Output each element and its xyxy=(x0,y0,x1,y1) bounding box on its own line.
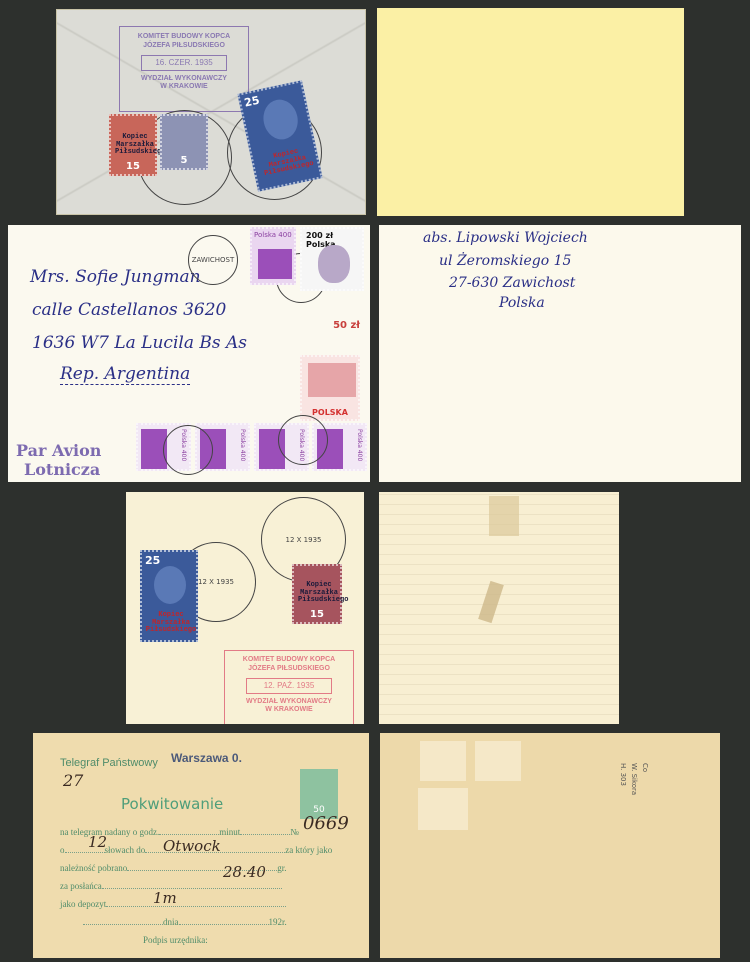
zawichost-postmark xyxy=(278,415,328,465)
stamp-5gr: 5 xyxy=(160,114,208,170)
airmail-cover-front: Mrs. Sofie Jungman calle Castellanos 362… xyxy=(8,225,370,482)
piece-1935-front: 12 X 1935 12 X 1935 25 Kopiec Marszałka … xyxy=(126,492,364,724)
zawichost-postmark xyxy=(163,425,213,475)
par-avion-mark: Par Avion Lotnicza xyxy=(16,441,101,479)
pencil-note: Co W. Sikora H. 303 xyxy=(616,763,650,795)
address-line: Mrs. Sofie Jungman xyxy=(30,267,201,287)
cover-1935: KOMITET BUDOWY KOPCA JÓZEFA PIŁSUDSKIEGO… xyxy=(56,9,366,215)
handwritten-deposit: 1m xyxy=(153,889,177,907)
stamp-50-green: 50 xyxy=(300,769,338,819)
stamp-25gr-pilsudski: 25 Kopiec Marszałka Piłsudskiego xyxy=(140,550,198,642)
cachet-line: W KRAKOWIE xyxy=(120,83,248,92)
hinge-remnant xyxy=(478,581,504,623)
address-line: 1636 W7 La Lucila Bs As xyxy=(32,333,247,353)
piece-1935-back xyxy=(379,492,619,724)
hinge-mark xyxy=(420,741,466,781)
stamp-15gr-overprint: Kopiec Marszałka Piłsudskiego 15 xyxy=(292,564,342,624)
cachet-line: JÓZEFA PIŁSUDSKIEGO xyxy=(120,42,248,51)
handwritten-destination: Otwock xyxy=(163,837,221,855)
signature-label: Podpis urzędnika: xyxy=(143,935,208,945)
cachet-date: 16. CZER. 1935 xyxy=(141,55,227,71)
zawichost-postmark: ZAWICHOST xyxy=(188,235,238,285)
form-line: dnia192r. xyxy=(83,917,287,927)
yellow-card-back xyxy=(377,8,684,216)
handwritten-number: 0669 xyxy=(303,813,349,834)
cachet-line: WYDZIAŁ WYKONAWCZY xyxy=(120,75,248,84)
sender-line: abs. Lipowski Wojciech xyxy=(423,230,588,246)
address-line: calle Castellanos 3620 xyxy=(32,300,226,320)
stamp-15gr-overprint: Kopiec Marszałka Piłsudskiego 15 xyxy=(109,114,157,176)
handwritten-amount: 28.40 xyxy=(223,863,266,881)
telegraph-receipt-front: Telegraf Państwowy Warszawa 0. Pokwitowa… xyxy=(33,733,369,958)
hinge-mark xyxy=(418,788,468,830)
form-header: Telegraf Państwowy xyxy=(60,757,158,769)
telegraph-receipt-back: Co W. Sikora H. 303 xyxy=(380,733,720,958)
handwritten-mark: 27 xyxy=(63,771,83,790)
cachet-line: KOMITET BUDOWY KOPCA xyxy=(120,33,248,42)
form-title: Pokwitowanie xyxy=(121,795,223,813)
handwritten-words: 12 xyxy=(88,833,107,851)
address-line: Rep. Argentina xyxy=(60,364,190,385)
airmail-cover-back: abs. Lipowski Wojciech ul Żeromskiego 15… xyxy=(379,225,741,482)
committee-cachet: KOMITET BUDOWY KOPCA JÓZEFA PIŁSUDSKIEGO… xyxy=(119,26,249,112)
hinge-remnant xyxy=(489,496,519,536)
stamp-200zl-paderewski: 200 zł Polska xyxy=(300,227,364,291)
committee-cachet: KOMITET BUDOWY KOPCA JÓZEFA PIŁSUDSKIEGO… xyxy=(224,650,354,724)
sender-line: Polska xyxy=(499,295,545,311)
sender-line: 27-630 Zawichost xyxy=(449,275,575,291)
sender-line: ul Żeromskiego 15 xyxy=(439,253,571,269)
stamp-50zl-airplane: 50 zł xyxy=(300,320,360,340)
office-stamp: Warszawa 0. xyxy=(171,751,242,765)
hinge-mark xyxy=(475,741,521,781)
stamp-polska-400: Polska 400 xyxy=(250,227,296,285)
stamp-polska-castle: POLSKA xyxy=(300,355,360,421)
